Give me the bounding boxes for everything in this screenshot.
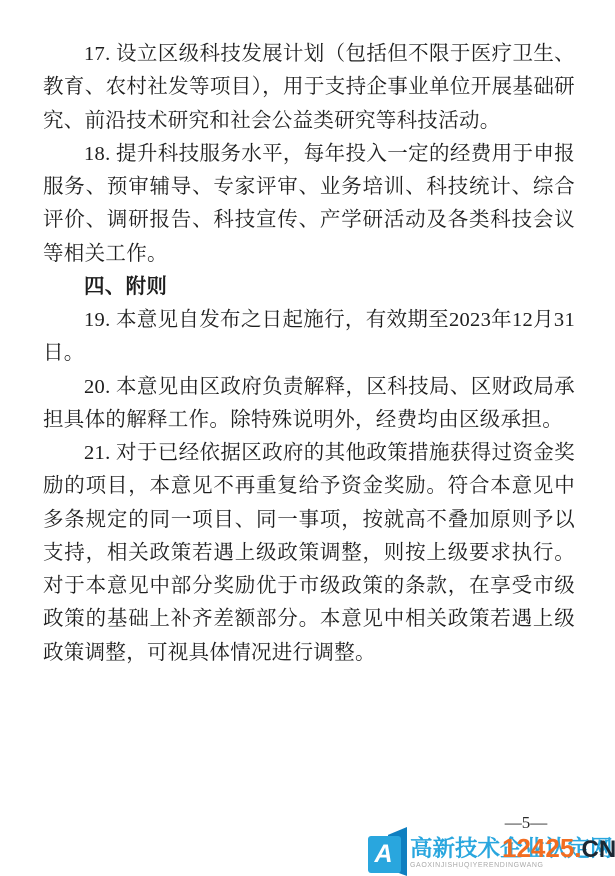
section-heading-appendix: 四、附则 — [43, 271, 575, 304]
logo-romanized-name: GAOXINJISHUQIYERENDINGWANG — [410, 862, 614, 870]
paragraph-18: 18. 提升科技服务水平，每年投入一定的经费用于申报服务、预审辅导、专家评审、业… — [43, 138, 575, 271]
paragraph-20: 20. 本意见由区政府负责解释，区科技局、区财政局承担具体的解释工作。除特殊说明… — [43, 371, 575, 438]
logo-domain-suffix: CN — [582, 836, 615, 863]
logo-letter: A — [374, 842, 392, 867]
document-page: 17. 设立区级科技发展计划（包括但不限于医疗卫生、教育、农村社发等项目），用于… — [0, 0, 615, 876]
logo-domain-overlay: 12425.CN — [502, 835, 615, 863]
paragraph-21: 21. 对于已经依据区政府的其他政策措施获得过资金奖励的项目，本意见不再重复给予… — [43, 437, 575, 670]
paragraph-19: 19. 本意见自发布之日起施行，有效期至2023年12月31日。 — [43, 304, 575, 371]
logo-domain-number: 12425. — [502, 833, 582, 863]
logo-face-shape: A — [368, 836, 401, 873]
logo-a-icon: A — [368, 827, 408, 876]
document-body: 17. 设立区级科技发展计划（包括但不限于医疗卫生、教育、农村社发等项目），用于… — [43, 38, 575, 670]
watermark-logo: A 高新技术企业认定网 GAOXINJISHUQIYERENDINGWANG 1… — [366, 826, 614, 876]
paragraph-17: 17. 设立区级科技发展计划（包括但不限于医疗卫生、教育、农村社发等项目），用于… — [43, 38, 575, 138]
